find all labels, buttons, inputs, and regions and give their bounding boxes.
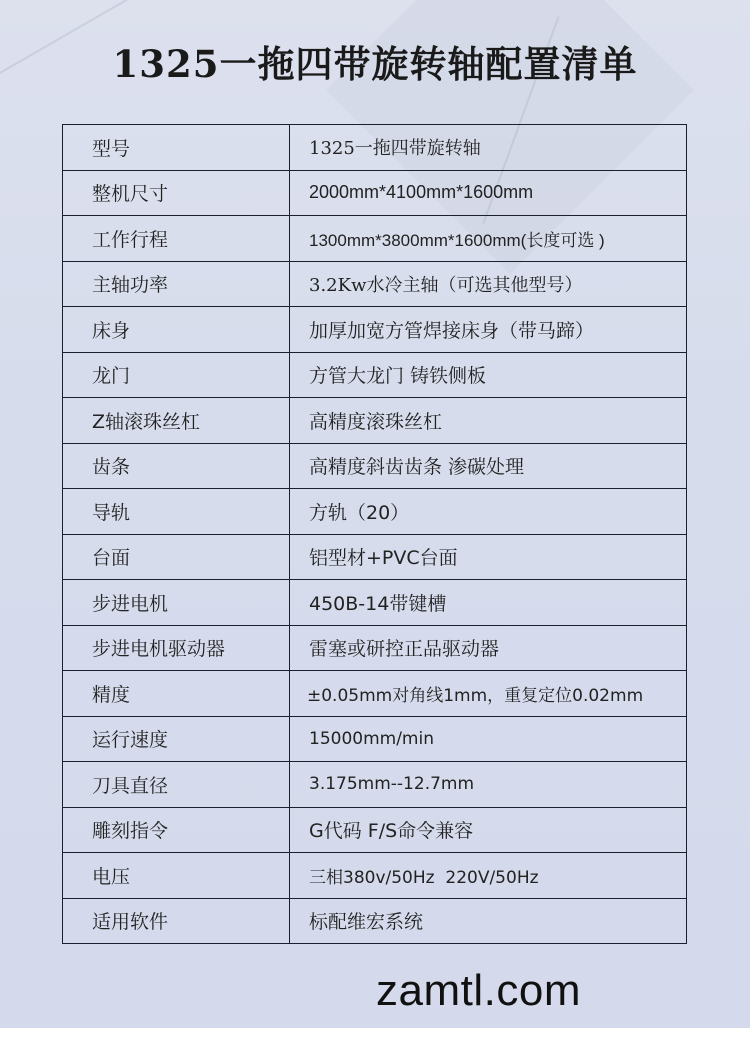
spec-label: 精度 [63, 671, 290, 717]
spec-value: 15000mm/min [290, 716, 687, 762]
table-row: 整机尺寸 2000mm*4100mm*1600mm [63, 170, 687, 216]
table-row: 刀具直径 3.175mm--12.7mm [63, 762, 687, 808]
spec-label: 齿条 [63, 443, 290, 489]
spec-value: 标配维宏系统 [290, 898, 687, 944]
spec-table: 型号 1325一拖四带旋转轴 整机尺寸 2000mm*4100mm*1600mm… [62, 124, 687, 944]
table-row: 工作行程 1300mm*3800mm*1600mm(长度可选 ) [63, 216, 687, 262]
spec-label: 整机尺寸 [63, 170, 290, 216]
spec-label: 刀具直径 [63, 762, 290, 808]
table-row: 雕刻指令 G代码 F/S命令兼容 [63, 807, 687, 853]
watermark-text: zamtl.com [376, 966, 581, 1016]
spec-value: 高精度滚珠丝杠 [290, 398, 687, 444]
spec-value: 方轨（20） [290, 489, 687, 535]
table-row: Z轴滚珠丝杠 高精度滚珠丝杠 [63, 398, 687, 444]
table-row: 步进电机 450B-14带键槽 [63, 580, 687, 626]
spec-value: G代码 F/S命令兼容 [290, 807, 687, 853]
spec-label: 导轨 [63, 489, 290, 535]
table-row: 导轨 方轨（20） [63, 489, 687, 535]
spec-value: 铝型材+PVC台面 [290, 534, 687, 580]
table-row: 电压 三相380v/50Hz 220V/50Hz [63, 853, 687, 899]
table-row: 步进电机驱动器 雷塞或研控正品驱动器 [63, 625, 687, 671]
spec-label: Z轴滚珠丝杠 [63, 398, 290, 444]
table-row: 适用软件 标配维宏系统 [63, 898, 687, 944]
spec-label: 雕刻指令 [63, 807, 290, 853]
spec-label: 适用软件 [63, 898, 290, 944]
spec-label: 台面 [63, 534, 290, 580]
spec-value: 1325一拖四带旋转轴 [290, 125, 687, 171]
spec-label: 龙门 [63, 352, 290, 398]
table-row: 精度 ±0.05mm对角线1mm，重复定位0.02mm [63, 671, 687, 717]
spec-label: 床身 [63, 307, 290, 353]
spec-label: 电压 [63, 853, 290, 899]
spec-label: 步进电机 [63, 580, 290, 626]
spec-value: 3.175mm--12.7mm [290, 762, 687, 808]
spec-label: 工作行程 [63, 216, 290, 262]
spec-value: 1300mm*3800mm*1600mm(长度可选 ) [290, 216, 687, 262]
page-title: 1325一拖四带旋转轴配置清单 [0, 34, 750, 88]
table-row: 运行速度 15000mm/min [63, 716, 687, 762]
spec-value: 加厚加宽方管焊接床身（带马蹄） [290, 307, 687, 353]
spec-value: 2000mm*4100mm*1600mm [290, 170, 687, 216]
spec-value: 方管大龙门 铸铁侧板 [290, 352, 687, 398]
spec-label: 运行速度 [63, 716, 290, 762]
spec-value: ±0.05mm对角线1mm，重复定位0.02mm [290, 671, 687, 717]
table-row: 主轴功率 3.2Kw水冷主轴（可选其他型号） [63, 261, 687, 307]
spec-label: 型号 [63, 125, 290, 171]
table-row: 台面 铝型材+PVC台面 [63, 534, 687, 580]
spec-sheet-poster: 1325一拖四带旋转轴配置清单 型号 1325一拖四带旋转轴 整机尺寸 2000… [0, 0, 750, 1028]
table-row: 齿条 高精度斜齿齿条 渗碳处理 [63, 443, 687, 489]
spec-value: 450B-14带键槽 [290, 580, 687, 626]
spec-value: 雷塞或研控正品驱动器 [290, 625, 687, 671]
spec-label: 主轴功率 [63, 261, 290, 307]
table-row: 床身 加厚加宽方管焊接床身（带马蹄） [63, 307, 687, 353]
spec-value: 高精度斜齿齿条 渗碳处理 [290, 443, 687, 489]
table-row: 龙门 方管大龙门 铸铁侧板 [63, 352, 687, 398]
spec-label: 步进电机驱动器 [63, 625, 290, 671]
table-row: 型号 1325一拖四带旋转轴 [63, 125, 687, 171]
spec-value: 3.2Kw水冷主轴（可选其他型号） [290, 261, 687, 307]
spec-value: 三相380v/50Hz 220V/50Hz [290, 853, 687, 899]
